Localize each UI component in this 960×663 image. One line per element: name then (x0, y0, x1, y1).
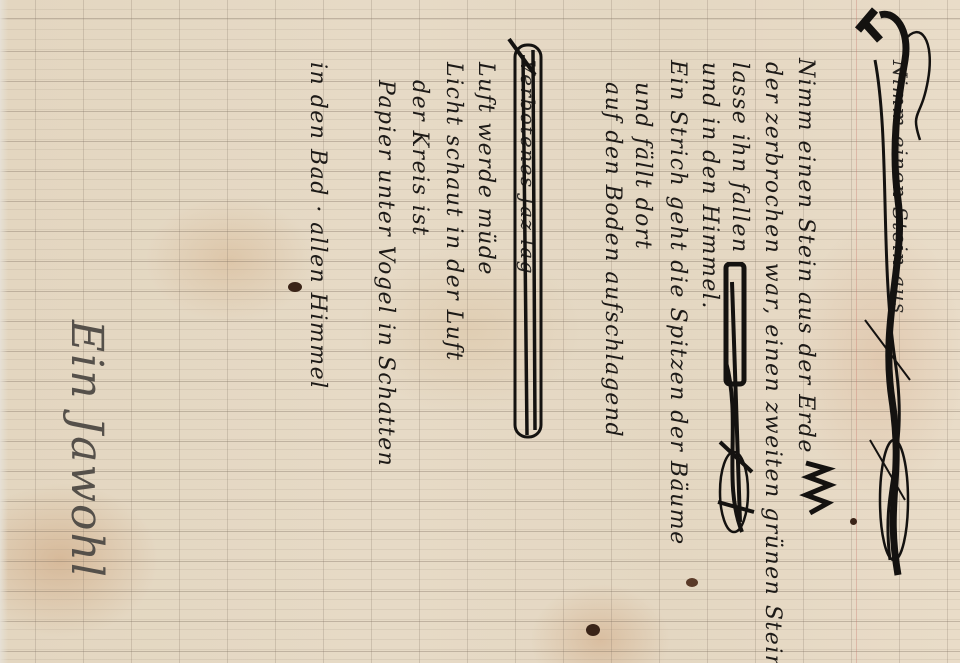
manuscript-page: Nimm einen Stein aus Nimm einen Stein au… (0, 0, 960, 663)
line-1: Nimm einen Stein aus der Erde (793, 58, 818, 454)
ink-mark (288, 282, 302, 292)
line-2: der zerbrochen war, einen zweiten grünen… (760, 62, 785, 663)
strike-loop-middle (505, 35, 555, 440)
line-4: und in den Himmel. (697, 62, 722, 310)
line-9: Licht schaut in der Luft (441, 62, 466, 361)
ink-stain (850, 518, 857, 525)
line-8: Luft werde müde (473, 62, 498, 276)
line-5: Ein Strich geht die Spitzen der Bäume (665, 60, 690, 546)
word-scribble (798, 455, 838, 525)
ink-stain (686, 578, 698, 587)
ink-stain (586, 624, 600, 636)
line-7: auf den Boden aufschlagend (600, 82, 625, 438)
strike-scribble-top (850, 0, 950, 590)
paper-edge (0, 0, 8, 663)
line-12: in den Bad · allen Himmel (305, 62, 330, 390)
line-10: der Kreis ist (407, 80, 432, 237)
signature: Ein Jawohl (61, 320, 112, 579)
line-11: Papier unter Vogel in Schatten (373, 80, 398, 467)
line-6: und fällt dort (630, 82, 655, 250)
line-3: lasse ihn fallen (727, 62, 752, 254)
